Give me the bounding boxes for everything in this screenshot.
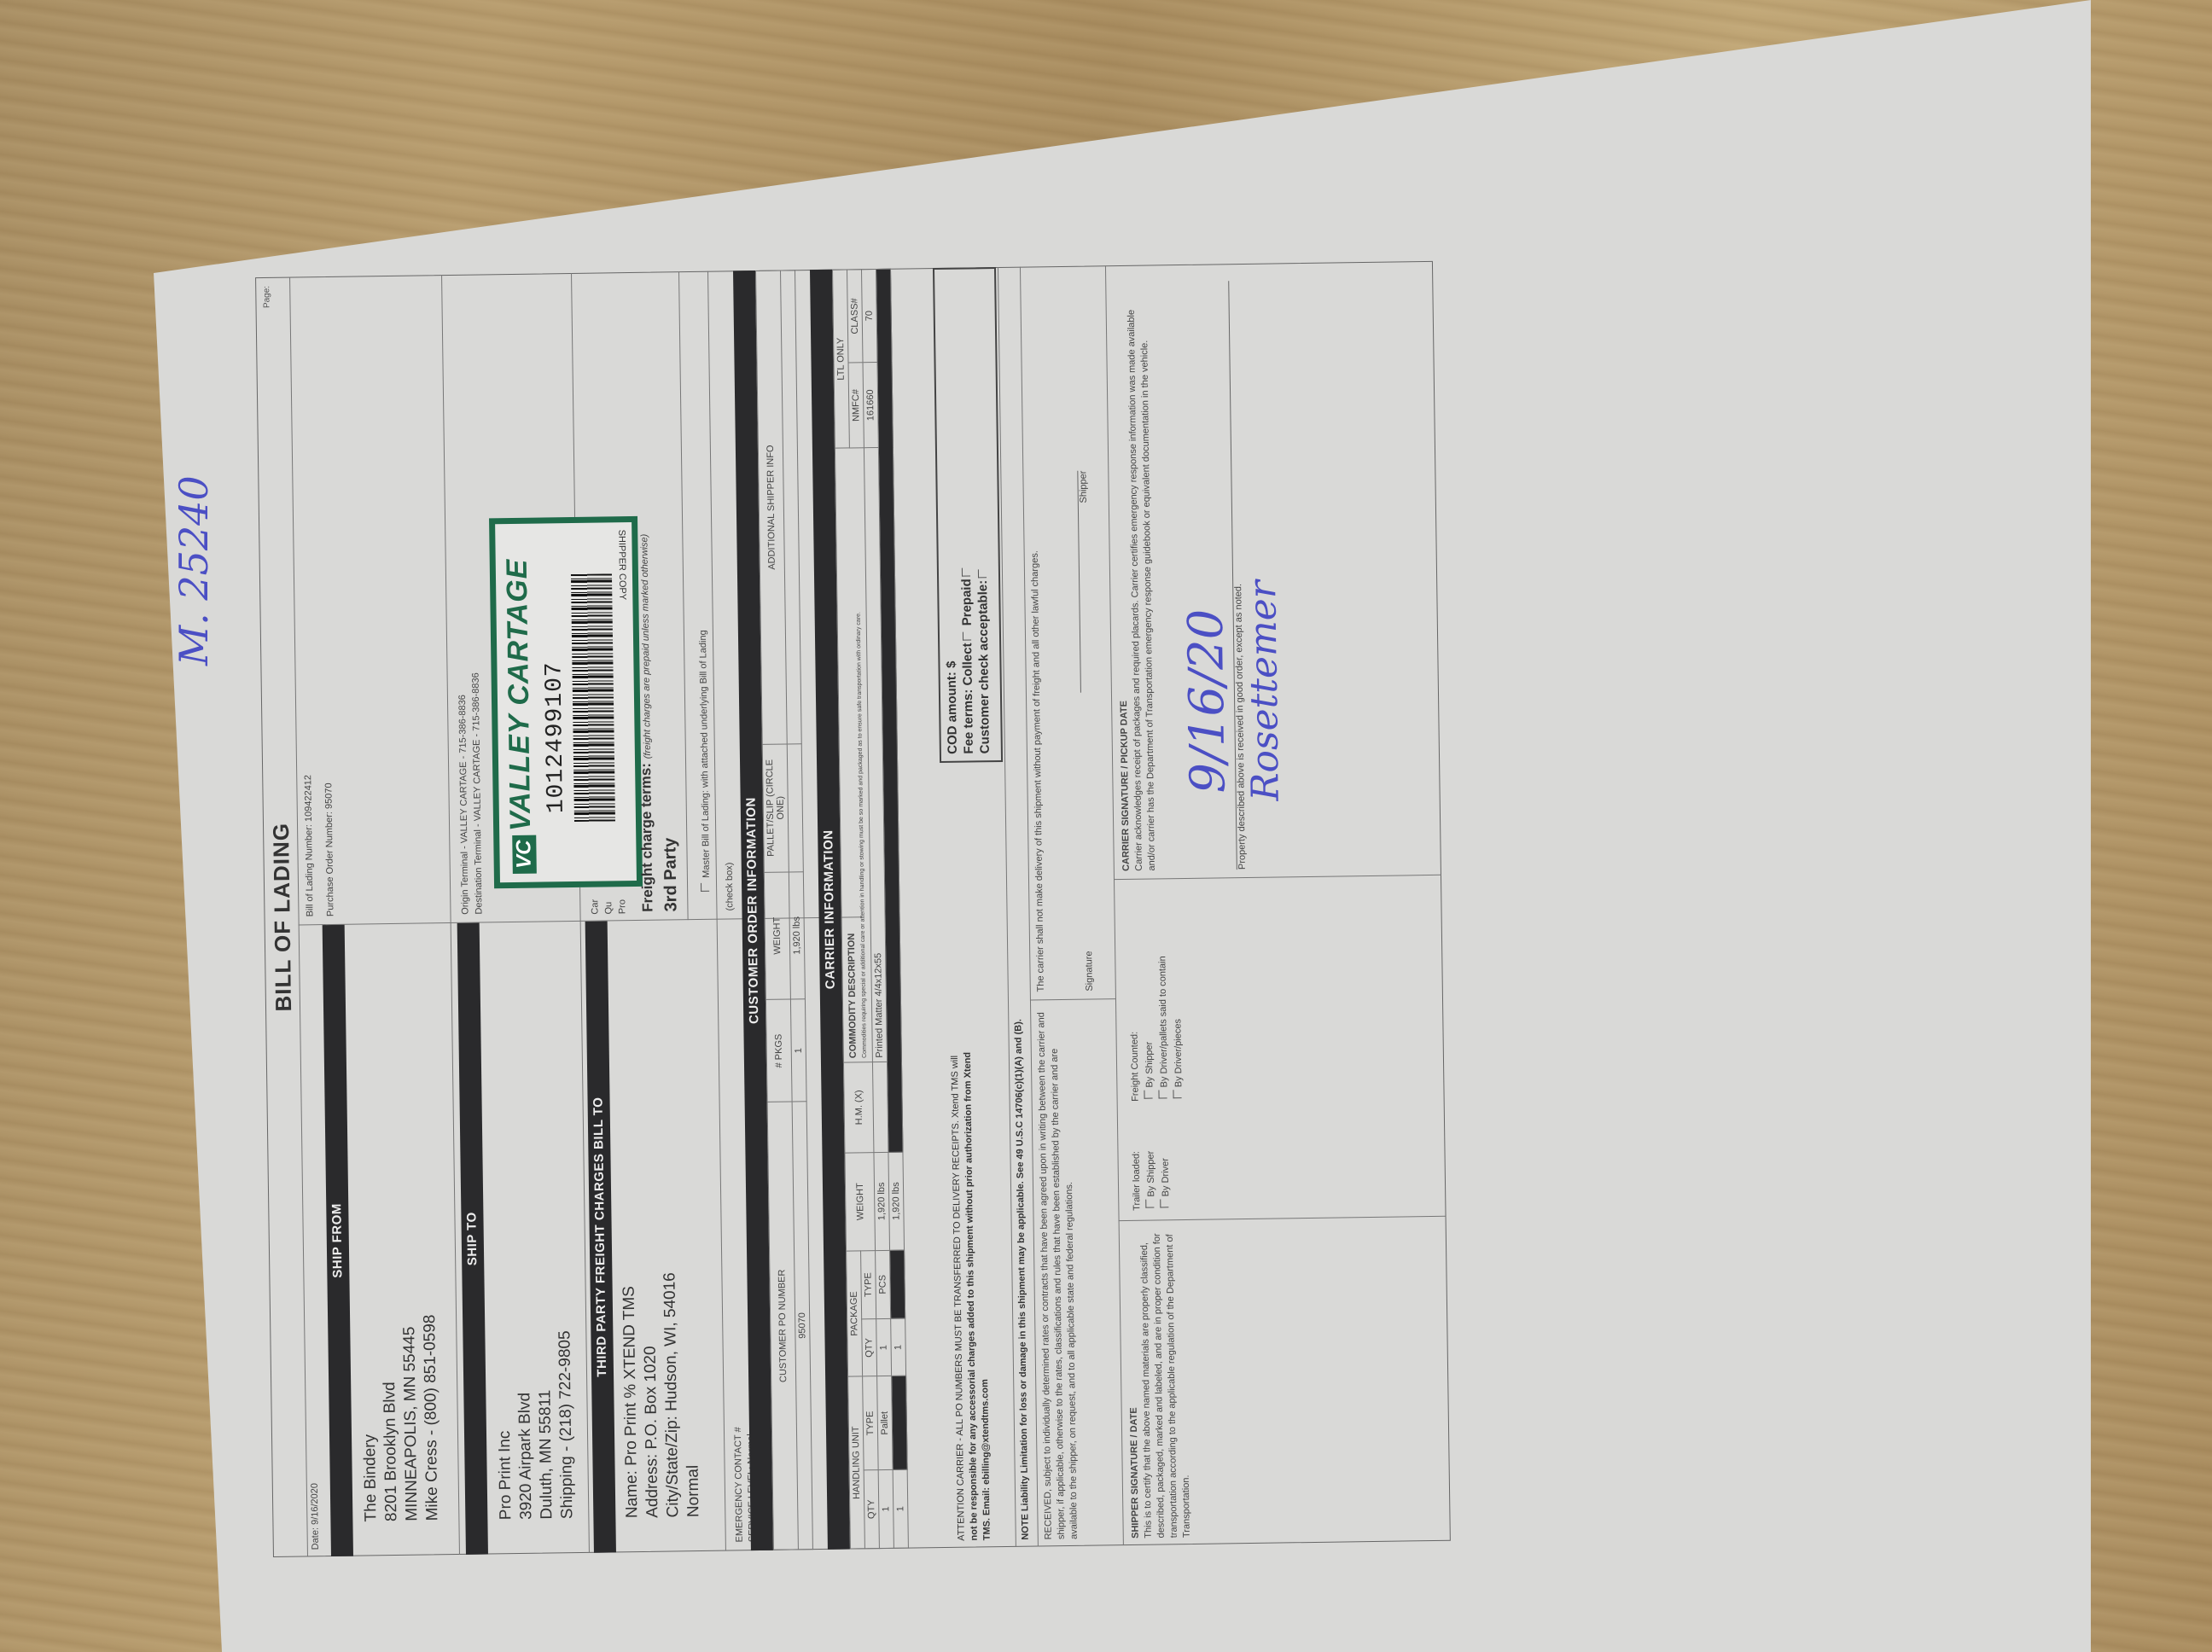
freight-terms-note: (freight charges are prepaid unless mark… xyxy=(639,534,653,759)
commodity-subtext: Commodities requiring special or additio… xyxy=(855,612,867,1058)
cod-box: COD amount: $ Fee terms: Collect Prepaid… xyxy=(933,267,1003,763)
col-header: TYPE xyxy=(861,1250,876,1319)
freight-counted: Freight Counted: By Shipper By Driver/pa… xyxy=(1126,956,1186,1102)
carrier-label-car: Car xyxy=(588,899,602,915)
ship-to-line: 3920 Airpark Blvd xyxy=(514,1331,537,1520)
total-weight: 1,920 lbs xyxy=(888,1152,905,1250)
po-number: Purchase Order Number: 95070 xyxy=(323,782,335,916)
trailer-option[interactable]: By Shipper xyxy=(1144,1151,1159,1211)
cell-hu-qty: 1 xyxy=(878,1469,894,1548)
trailer-loaded-label: Trailer loaded: xyxy=(1129,1151,1144,1211)
cell-weight: 1,920 lbs xyxy=(789,871,805,999)
freight-terms-label: Freight charge terms: xyxy=(637,763,655,912)
prepaid-checkbox[interactable] xyxy=(962,567,970,576)
received-terms: RECEIVED, subject to individually determ… xyxy=(1035,1010,1081,1540)
cell-pkg-type: PCS xyxy=(876,1250,891,1319)
col-header: CLASS# xyxy=(847,270,863,363)
trailer-option[interactable]: By Driver xyxy=(1158,1150,1173,1210)
shipper-copy-label: SHIPPER COPY xyxy=(613,529,629,600)
ship-from-line: The Bindery xyxy=(358,1315,381,1521)
shipper-signature-text: This is to certify that the above named … xyxy=(1138,1230,1194,1539)
customer-check-label: Customer check acceptable: xyxy=(975,580,992,754)
col-header: WEIGHT xyxy=(764,872,790,1000)
date-label: Date: 9/16/2020 xyxy=(310,1483,321,1550)
col-header: QTY xyxy=(862,1319,877,1377)
ship-from-line: MINNEAPOLIS, MN 55445 xyxy=(399,1315,422,1521)
cell-pkg-qty: 1 xyxy=(876,1318,892,1376)
col-header: # PKGS xyxy=(765,999,792,1102)
carrier-signature-title: CARRIER SIGNATURE / PICKUP DATE xyxy=(1119,701,1132,871)
third-party-address: Name: Pro Print % XTEND TMS Address: P.O… xyxy=(619,1272,704,1519)
ship-from-line: Mike Cress - (800) 851-0598 xyxy=(420,1314,443,1521)
ship-to-line: Pro Print Inc xyxy=(493,1331,516,1520)
col-header: WEIGHT xyxy=(845,1153,876,1251)
by-shipper-checkbox[interactable] xyxy=(1145,1200,1154,1208)
ship-to-line: Duluth, MN 55811 xyxy=(534,1331,557,1520)
shipper-signature-title: SHIPPER SIGNATURE / DATE xyxy=(1129,1407,1141,1539)
carrier-name: VALLEY CARTAGE xyxy=(501,558,537,831)
cell-nmfc: 161660 xyxy=(863,363,878,448)
carrier-sticker: VC VALLEY CARTAGE 1012499107 SHIPPER COP… xyxy=(489,516,643,888)
collect-checkbox[interactable] xyxy=(963,631,971,640)
pro-number: 1012499107 xyxy=(541,661,569,813)
counted-option[interactable]: By Driver/pieces xyxy=(1170,956,1186,1101)
total-pkg-qty: 1 xyxy=(891,1318,906,1376)
shaded-cell xyxy=(890,1250,905,1319)
carrier-label-qu: Qu xyxy=(602,899,615,915)
valley-cartage-logo-icon: VC xyxy=(512,835,537,874)
shipper-signature-block: SHIPPER SIGNATURE / DATE This is to cert… xyxy=(1126,1230,1194,1539)
col-header: NMFC# xyxy=(848,363,864,448)
master-bol-checkbox[interactable] xyxy=(701,883,709,892)
cell-pkgs: 1 xyxy=(790,999,806,1102)
ship-from-line: 8201 Brooklyn Blvd xyxy=(379,1315,402,1521)
prepaid-label: Prepaid xyxy=(959,579,975,625)
third-party-name: Name: Pro Print % XTEND TMS xyxy=(619,1273,643,1519)
cell-hm xyxy=(872,1062,888,1153)
ship-to-line: Shipping - (218) 722-9805 xyxy=(555,1330,578,1519)
third-party-city: City/State/Zip: Hudson, WI, 54016 xyxy=(660,1272,684,1518)
shaded-cell xyxy=(892,1376,908,1470)
third-party-level: Normal xyxy=(680,1272,704,1518)
col-header: COMMODITY DESCRIPTION xyxy=(846,934,858,1059)
page-label: Page: xyxy=(262,286,271,308)
col-header: PACKAGE xyxy=(847,1250,863,1376)
cell-class: 70 xyxy=(861,269,877,362)
carrier-side-labels: Car Qu Pro xyxy=(588,899,629,914)
fee-terms-label: Fee terms: Collect xyxy=(960,643,976,753)
counted-by-shipper-checkbox[interactable] xyxy=(1144,1091,1152,1099)
barcode-icon xyxy=(571,573,615,822)
counted-by-driver-pieces-checkbox[interactable] xyxy=(1173,1090,1181,1098)
customer-check-checkbox[interactable] xyxy=(978,569,987,578)
col-header: QTY xyxy=(864,1470,879,1549)
col-header: H.M. (X) xyxy=(843,1062,873,1153)
cell-hu-type: Pallet xyxy=(877,1376,894,1470)
total-hu-qty: 1 xyxy=(893,1469,908,1548)
bill-of-lading-document: BILL OF LADING Page: Date: 9/16/2020 Bil… xyxy=(255,261,1451,1557)
cell-pallet-slip xyxy=(787,743,803,871)
handwritten-top-note: M. 25240 xyxy=(171,475,217,666)
signature-label: Signature xyxy=(1084,951,1095,991)
counted-option[interactable]: By Driver/pallets said to contain xyxy=(1155,956,1172,1101)
ship-from-address: The Bindery 8201 Brooklyn Blvd MINNEAPOL… xyxy=(358,1314,443,1521)
by-driver-checkbox[interactable] xyxy=(1160,1199,1168,1207)
freight-terms-value: 3rd Party xyxy=(661,838,681,912)
check-box-hint: (check box) xyxy=(725,863,736,911)
col-header: TYPE xyxy=(863,1376,879,1470)
bol-number: Bill of Lading Number: 109422412 xyxy=(303,775,315,916)
col-header: PALLET/SLIP (CIRCLE ONE) xyxy=(762,744,789,872)
cell-weight: 1,920 lbs xyxy=(874,1153,890,1251)
counted-by-driver-pallets-checkbox[interactable] xyxy=(1158,1090,1167,1098)
carrier-signature-block: CARRIER SIGNATURE / PICKUP DATE Carrier … xyxy=(1112,282,1159,871)
handwritten-pickup-date: 9/16/20 xyxy=(1179,608,1237,794)
handwritten-carrier-signature: Rosettemer xyxy=(1241,580,1288,801)
carrier-label-pro: Pro xyxy=(615,899,629,914)
trailer-loaded: Trailer loaded: By Shipper By Driver xyxy=(1129,1150,1173,1211)
ship-to-address: Pro Print Inc 3920 Airpark Blvd Duluth, … xyxy=(493,1330,578,1520)
